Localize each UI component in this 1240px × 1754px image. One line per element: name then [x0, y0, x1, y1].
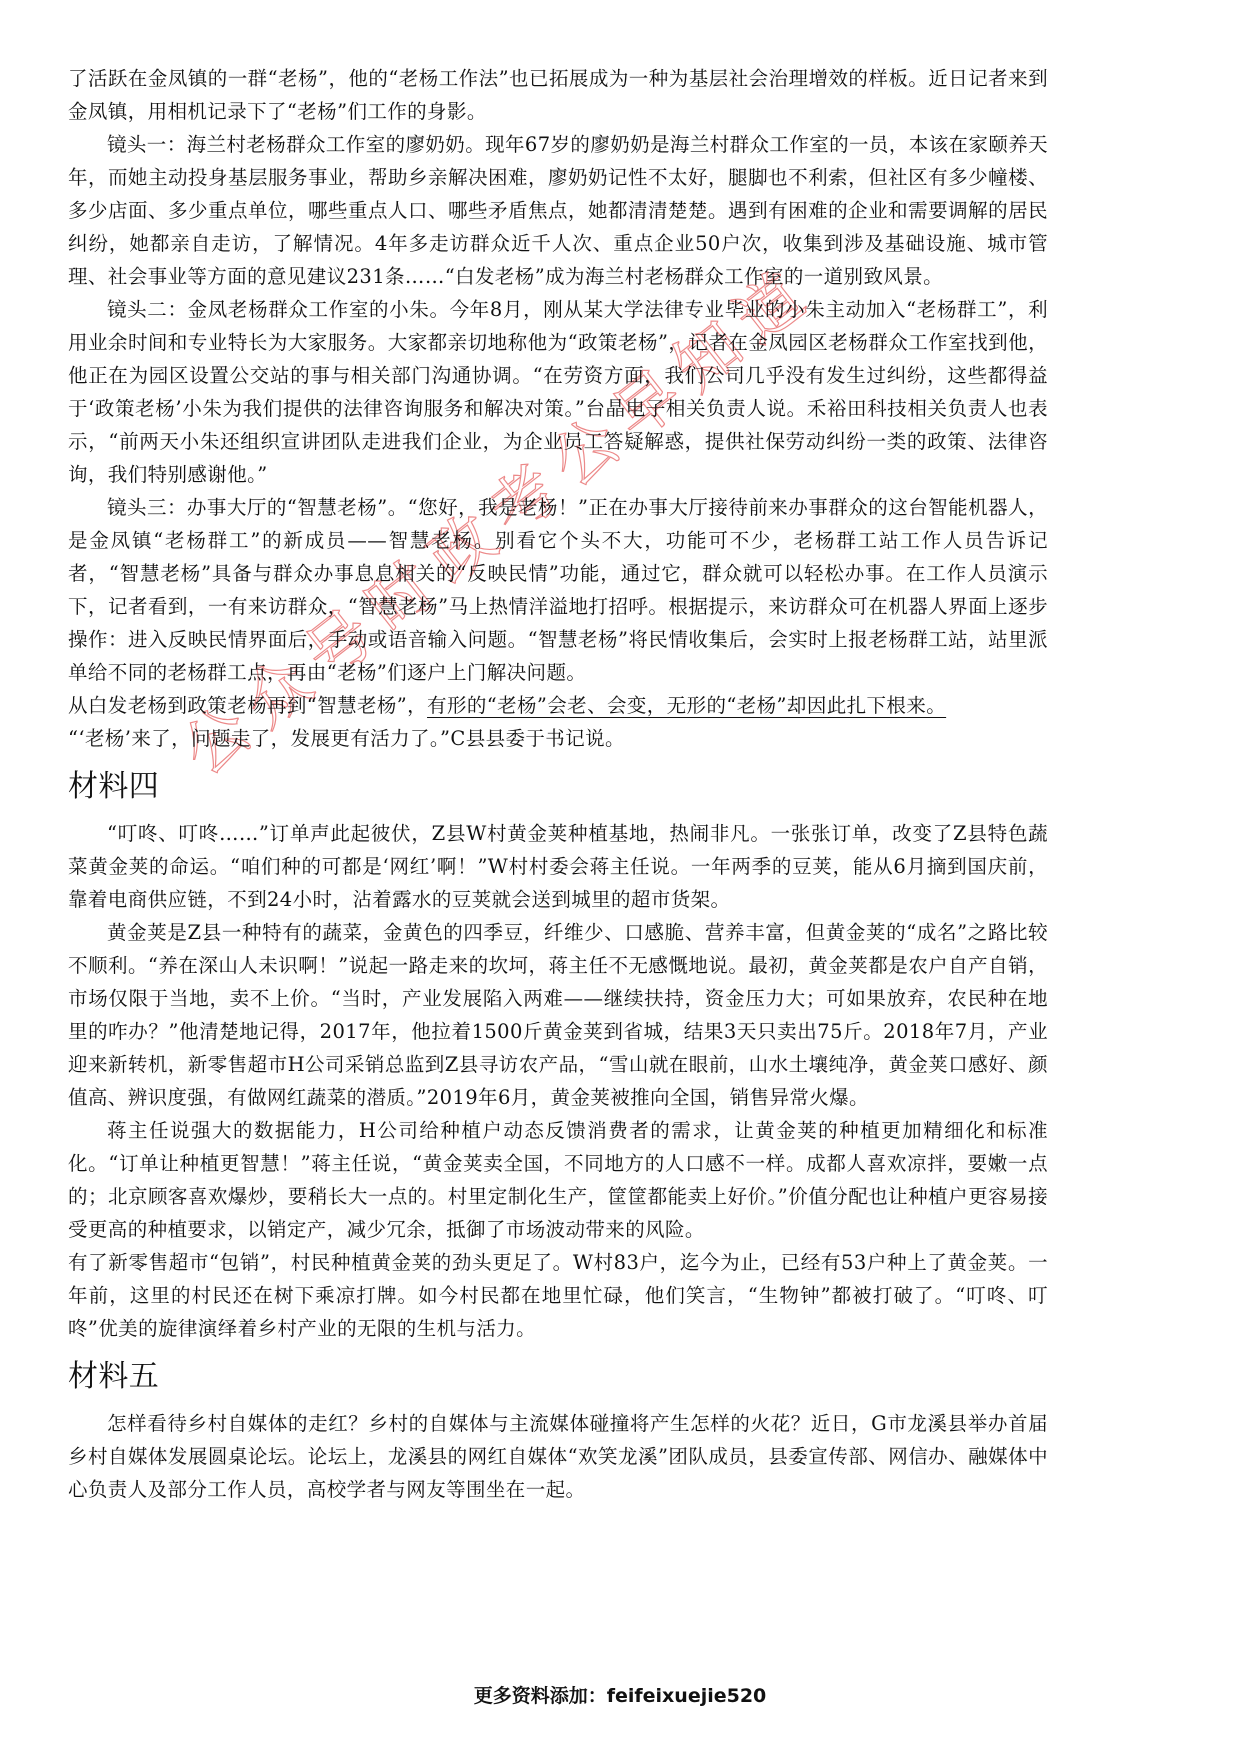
section-heading-material-four: 材料四	[68, 761, 1048, 813]
closing-quote: “‘老杨’来了，问题走了，发展更有活力了。”C县县委于书记说。	[68, 722, 1048, 755]
summary-line: 从白发老杨到政策老杨再到“智慧老杨”，有形的“老杨”会老、会变，无形的“老杨”却…	[68, 689, 1048, 722]
summary-plain: 从白发老杨到政策老杨再到“智慧老杨”，	[68, 694, 427, 717]
paragraph: 黄金荚是Z县一种特有的蔬菜，金黄色的四季豆，纤维少、口感脆、营养丰富，但黄金荚的…	[68, 916, 1048, 1114]
summary-underlined: 有形的“老杨”会老、会变，无形的“老杨”却因此扎下根来。	[427, 694, 946, 717]
paragraph: 怎样看待乡村自媒体的走红？乡村的自媒体与主流媒体碰撞将产生怎样的火花？近日，G市…	[68, 1407, 1048, 1506]
section-heading-material-five: 材料五	[68, 1351, 1048, 1403]
paragraph-shot-three: 镜头三：办事大厅的“智慧老杨”。“您好，我是老杨！”正在办事大厅接待前来办事群众…	[68, 491, 1048, 689]
paragraph: “叮咚、叮咚……”订单声此起彼伏，Z县W村黄金荚种植基地，热闹非凡。一张张订单，…	[68, 817, 1048, 916]
paragraph: 了活跃在金凤镇的一群“老杨”，他的“老杨工作法”也已拓展成为一种为基层社会治理增…	[68, 62, 1048, 128]
footer-contact: 更多资料添加：feifeixuejie520	[0, 1681, 1240, 1708]
paragraph: 蒋主任说强大的数据能力，H公司给种植户动态反馈消费者的需求，让黄金荚的种植更加精…	[68, 1114, 1048, 1246]
document-page: 了活跃在金凤镇的一群“老杨”，他的“老杨工作法”也已拓展成为一种为基层社会治理增…	[68, 62, 1048, 1506]
paragraph-shot-two: 镜头二：金凤老杨群众工作室的小朱。今年8月，刚从某大学法律专业毕业的小朱主动加入…	[68, 293, 1048, 491]
paragraph: 有了新零售超市“包销”，村民种植黄金荚的劲头更足了。W村83户，迄今为止，已经有…	[68, 1246, 1048, 1345]
paragraph-shot-one: 镜头一：海兰村老杨群众工作室的廖奶奶。现年67岁的廖奶奶是海兰村群众工作室的一员…	[68, 128, 1048, 293]
